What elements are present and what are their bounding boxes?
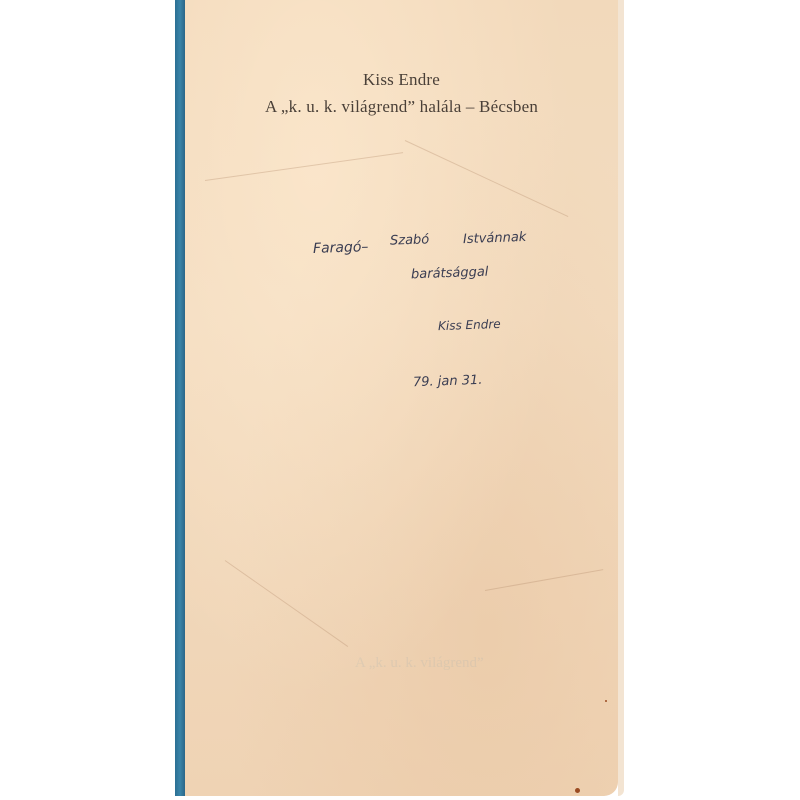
foxing-spot <box>605 700 607 702</box>
title-page: Kiss Endre A „k. u. k. világrend” halála… <box>185 0 618 796</box>
author-name: Kiss Endre <box>185 70 618 90</box>
inscription-date: 79. jan 31. <box>413 373 483 390</box>
inscription-recipient-c: Istvánnak <box>463 230 527 247</box>
book-title: A „k. u. k. világrend” halála – Bécsben <box>185 97 618 117</box>
paper-crease <box>205 152 403 181</box>
inscription-greeting: barátsággal <box>411 265 489 283</box>
inscription-recipient-b: Szabó <box>390 232 430 248</box>
page-edge <box>618 0 624 796</box>
inscription-signature: Kiss Endre <box>438 317 501 333</box>
foxing-spot <box>575 788 580 793</box>
bleed-through-text: A „k. u. k. világrend” <box>355 655 484 672</box>
paper-crease <box>225 560 348 647</box>
book: Kiss Endre A „k. u. k. világrend” halála… <box>175 0 624 796</box>
book-spine <box>175 0 185 796</box>
paper-crease <box>485 569 603 591</box>
inscription-recipient-a: Faragó– <box>313 239 369 257</box>
paper-crease <box>405 140 569 217</box>
